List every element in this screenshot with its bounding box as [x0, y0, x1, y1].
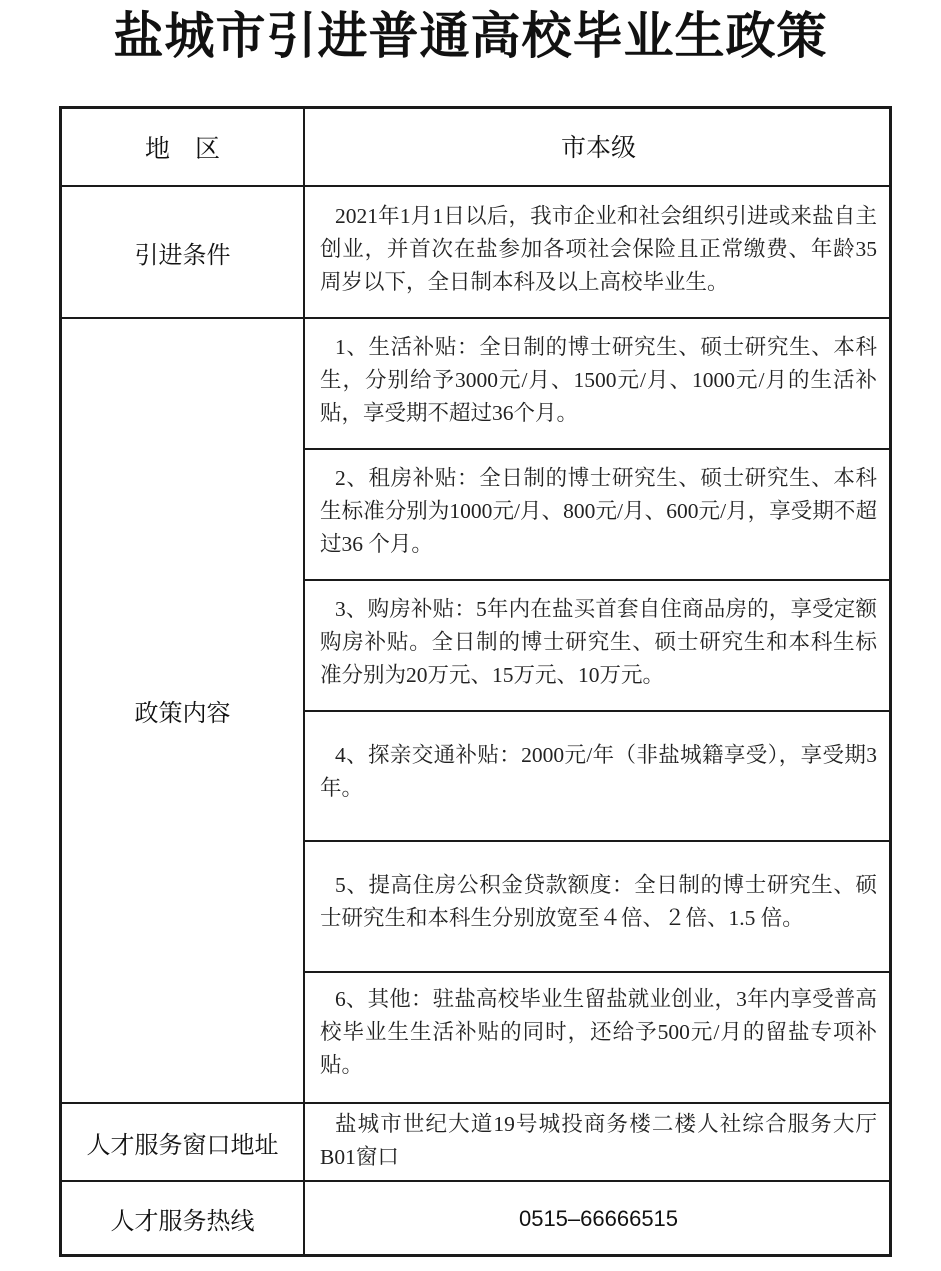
hotline-number: 0515–66666515	[305, 1182, 889, 1254]
address-label: 人才服务窗口地址	[62, 1104, 303, 1180]
header-city-level: 市本级	[305, 109, 889, 185]
policy-item-text: 1、生活补贴：全日制的博士研究生、硕士研究生、本科生，分别给予3000元/月、1…	[320, 331, 877, 430]
policy-item-housing-purchase-subsidy: 3、购房补贴：5年内在盐买首套自住商品房的，享受定额购房补贴。全日制的博士研究生…	[305, 581, 889, 710]
conditions-text: 2021年1月1日以后，我市企业和社会组织引进或来盐自主创业，并首次在盐参加各项…	[305, 187, 889, 317]
policy-item-housing-fund-loan: 5、提高住房公积金贷款额度：全日制的博士研究生、硕士研究生和本科生分别放宽至４倍…	[305, 842, 889, 971]
policy-item-other: 6、其他：驻盐高校毕业生留盐就业创业，3年内享受普高校毕业生生活补贴的同时，还给…	[305, 973, 889, 1102]
header-region-label: 地 区	[62, 109, 303, 185]
page-title: 盐城市引进普通高校毕业生政策	[0, 4, 941, 68]
policy-item-family-visit-transport: 4、探亲交通补贴：2000元/年（非盐城籍享受），享受期3年。	[305, 712, 889, 840]
hotline-label: 人才服务热线	[62, 1182, 303, 1254]
policy-item-text: 3、购房补贴：5年内在盐买首套自住商品房的，享受定额购房补贴。全日制的博士研究生…	[320, 593, 877, 692]
address-text-body: 盐城市世纪大道19号城投商务楼二楼人社综合服务大厅B01窗口	[320, 1108, 877, 1174]
policy-item-text: 4、探亲交通补贴：2000元/年（非盐城籍享受），享受期3年。	[320, 739, 877, 805]
address-text: 盐城市世纪大道19号城投商务楼二楼人社综合服务大厅B01窗口	[305, 1104, 889, 1180]
policy-item-living-subsidy: 1、生活补贴：全日制的博士研究生、硕士研究生、本科生，分别给予3000元/月、1…	[305, 319, 889, 448]
policy-item-text: 5、提高住房公积金贷款额度：全日制的博士研究生、硕士研究生和本科生分别放宽至４倍…	[320, 869, 877, 935]
policy-item-text: 6、其他：驻盐高校毕业生留盐就业创业，3年内享受普高校毕业生生活补贴的同时，还给…	[320, 983, 877, 1082]
conditions-label: 引进条件	[62, 187, 303, 317]
policy-item-rent-subsidy: 2、租房补贴：全日制的博士研究生、硕士研究生、本科生标准分别为1000元/月、8…	[305, 450, 889, 579]
conditions-text-body: 2021年1月1日以后，我市企业和社会组织引进或来盐自主创业，并首次在盐参加各项…	[320, 200, 877, 299]
policy-table: 地 区 市本级 引进条件 2021年1月1日以后，我市企业和社会组织引进或来盐自…	[59, 106, 892, 1257]
policy-item-text: 2、租房补贴：全日制的博士研究生、硕士研究生、本科生标准分别为1000元/月、8…	[320, 462, 877, 561]
policy-label: 政策内容	[62, 319, 303, 1102]
